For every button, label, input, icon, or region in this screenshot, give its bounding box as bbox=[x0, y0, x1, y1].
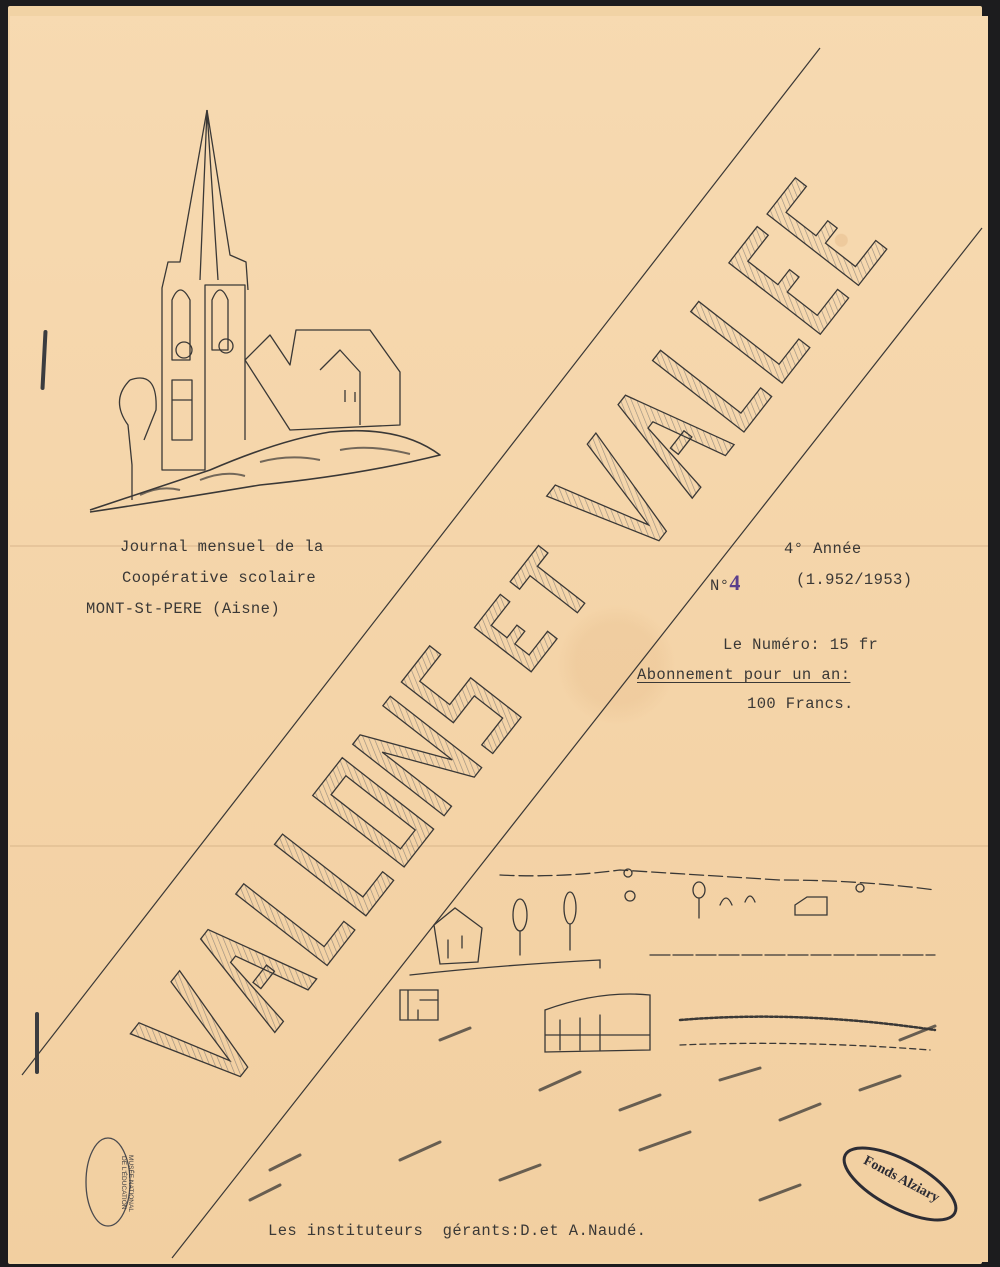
museum-stamp-top: MUSÉE NATIONAL bbox=[127, 1155, 134, 1212]
year-label: 4° Année bbox=[784, 540, 862, 558]
issue-number-prefix: N° bbox=[710, 577, 729, 595]
church-on-hill-drawing bbox=[90, 110, 440, 512]
issue-number-value: 4 bbox=[729, 570, 740, 595]
issue-season: (1.952/1953) bbox=[796, 571, 912, 589]
subscription-label: Abonnement pour un an: bbox=[637, 666, 850, 684]
single-issue-price: Le Numéro: 15 fr bbox=[723, 636, 878, 654]
subtitle-line-1: Journal mensuel de la bbox=[120, 538, 324, 556]
museum-stamp-bottom: DE L'ÉDUCATION bbox=[120, 1156, 127, 1210]
village-landscape-drawing bbox=[250, 869, 935, 1200]
subscription-price: 100 Francs. bbox=[747, 695, 854, 713]
museum-stamp-text: MUSÉE NATIONAL DE L'ÉDUCATION bbox=[84, 1142, 134, 1224]
subtitle-line-2: Coopérative scolaire bbox=[122, 569, 316, 587]
cover-artwork bbox=[0, 0, 1000, 1267]
footer-credits: Les instituteurs gérants:D.et A.Naudé. bbox=[268, 1222, 646, 1240]
issue-number: N°4 bbox=[710, 570, 741, 596]
subtitle-line-3: MONT-St-PERE (Aisne) bbox=[86, 600, 280, 618]
